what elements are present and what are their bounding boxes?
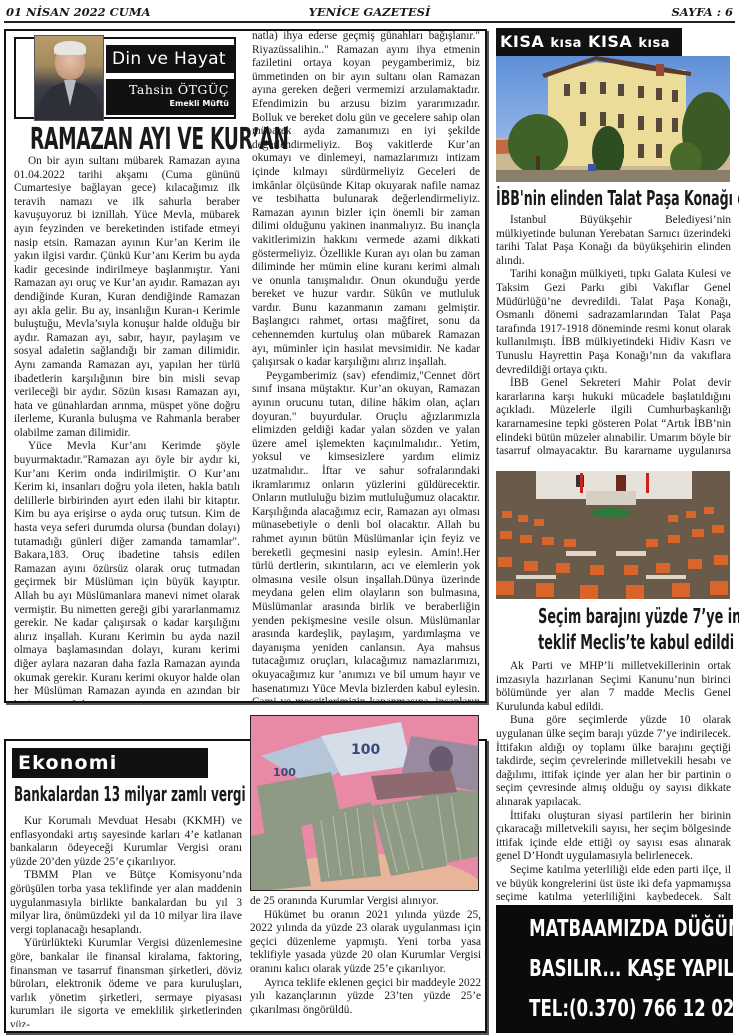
advert-line-2: BASILIR... KAŞE YAPILIR... <box>529 949 700 989</box>
newspaper-name: YENİCE GAZETESİ <box>4 5 735 19</box>
svg-text:100: 100 <box>273 766 296 779</box>
author-byline: Tahsin ÖTGÜÇ Emekli Müftü <box>106 79 234 115</box>
column-header: Din ve Hayat Tahsin ÖTGÜÇ Emekli Müftü <box>14 37 236 119</box>
story2-headline: Seçim barajını yüzde 7’ye indiren teklif… <box>496 603 730 659</box>
banknotes-photo: 100 100 <box>250 715 479 891</box>
kisa-kisa-label: KISA kısa KISA kısa <box>496 28 682 56</box>
talat-pasa-mansion-photo <box>496 56 730 182</box>
story1-headline: İBB'nin elinden Talat Paşa Konağı da alı… <box>496 186 730 210</box>
article-headline: RAMAZAN AYI VE KUR’AN <box>30 123 230 157</box>
print-shop-advert: MATBAAMIZDA DÜĞÜN DAVETİYESİ BASILIR... … <box>496 905 733 1033</box>
author-photo <box>34 35 104 121</box>
advert-line-3: TEL:(0.370) 766 12 02 <box>529 989 700 1029</box>
ekonomi-section-label: Ekonomi Köşesi: <box>12 748 208 778</box>
author-role: Emekli Müftü <box>106 98 229 110</box>
article-column-1: On bir ayın sultanı mübarek Ramazan ayın… <box>14 155 240 701</box>
ekonomi-column-1: Kur Korumalı Mevduat Hesabı (KKMH) ve en… <box>10 815 242 1027</box>
story2-body: Ak Parti ve MHP’li milletvekillerinin or… <box>496 660 731 902</box>
ekonomi-headline: Bankalardan 13 milyar zamlı vergi alınac… <box>14 782 244 806</box>
article-column-2: natla) ihya ederse geçmiş günahları bağı… <box>252 30 480 701</box>
banknotes-image: 100 100 <box>251 716 479 891</box>
din-ve-hayat-article: Din ve Hayat Tahsin ÖTGÜÇ Emekli Müftü R… <box>4 29 487 703</box>
parliament-photo <box>496 471 730 599</box>
author-name: Tahsin ÖTGÜÇ <box>106 79 229 98</box>
column-title: Din ve Hayat <box>106 45 234 73</box>
story1-body: İstanbul Büyükşehir Belediyesi’nin mülki… <box>496 214 731 458</box>
masthead: 01 NİSAN 2022 CUMA YENİCE GAZETESİ SAYFA… <box>4 3 735 23</box>
page-number: SAYFA : 6 <box>671 5 733 19</box>
svg-text:100: 100 <box>351 742 380 758</box>
parliament-image <box>496 471 730 599</box>
advert-line-1: MATBAAMIZDA DÜĞÜN DAVETİYESİ <box>529 909 700 949</box>
mansion-image <box>496 56 730 182</box>
ekonomi-column-2: de 25 oranında Kurumlar Vergisi alınıyor… <box>250 895 481 1029</box>
